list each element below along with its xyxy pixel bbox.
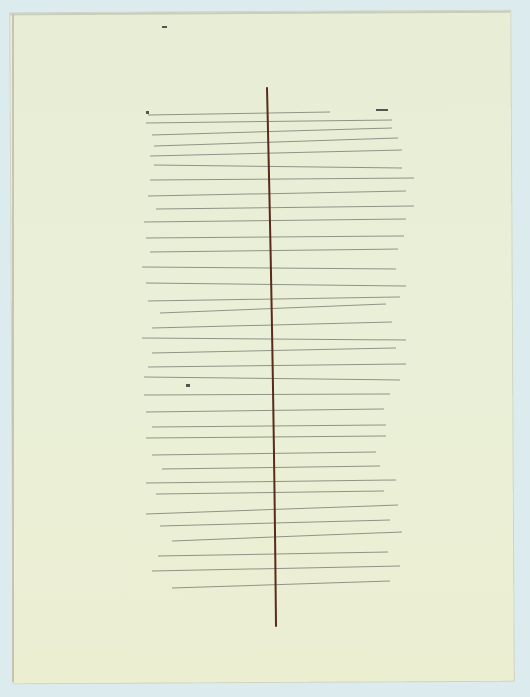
horizontal-pencil-line [146, 409, 384, 412]
horizontal-pencil-line [172, 532, 402, 541]
horizontal-pencil-line [146, 236, 404, 238]
horizontal-pencil-line [144, 394, 390, 395]
vertical-ink-line [267, 88, 276, 626]
horizontal-pencil-line [146, 436, 386, 438]
stray-mark [186, 384, 190, 387]
horizontal-pencil-line [150, 249, 398, 252]
horizontal-pencil-line [148, 364, 406, 367]
horizontal-pencil-line [162, 466, 380, 469]
horizontal-pencil-line [150, 150, 402, 156]
horizontal-pencil-line [156, 491, 384, 494]
horizontal-pencil-line [142, 338, 406, 340]
horizontal-pencil-line [152, 425, 386, 427]
horizontal-pencil-line [148, 112, 330, 115]
horizontal-pencil-line [172, 581, 390, 588]
horizontal-pencil-line [152, 452, 376, 455]
stray-mark [376, 109, 388, 111]
horizontal-pencil-line [156, 206, 414, 209]
horizontal-pencil-line [142, 267, 396, 269]
horizontal-pencil-line [144, 219, 406, 222]
horizontal-pencil-line [146, 283, 406, 286]
horizontal-pencil-line [148, 191, 406, 196]
horizontal-pencil-line [152, 128, 392, 135]
horizontal-pencil-line [154, 165, 402, 168]
stray-mark [162, 26, 167, 28]
horizontal-pencil-line [150, 178, 414, 180]
ink-drawing [0, 0, 530, 697]
horizontal-pencil-line [146, 480, 396, 483]
horizontal-pencil-line [154, 138, 398, 146]
horizontal-pencil-line [148, 297, 400, 301]
stray-mark [146, 111, 149, 114]
horizontal-pencil-line [160, 304, 386, 313]
horizontal-pencil-line [158, 552, 388, 556]
horizontal-pencil-line [146, 505, 398, 514]
horizontal-pencil-line [152, 348, 396, 353]
horizontal-pencil-line [146, 120, 392, 123]
